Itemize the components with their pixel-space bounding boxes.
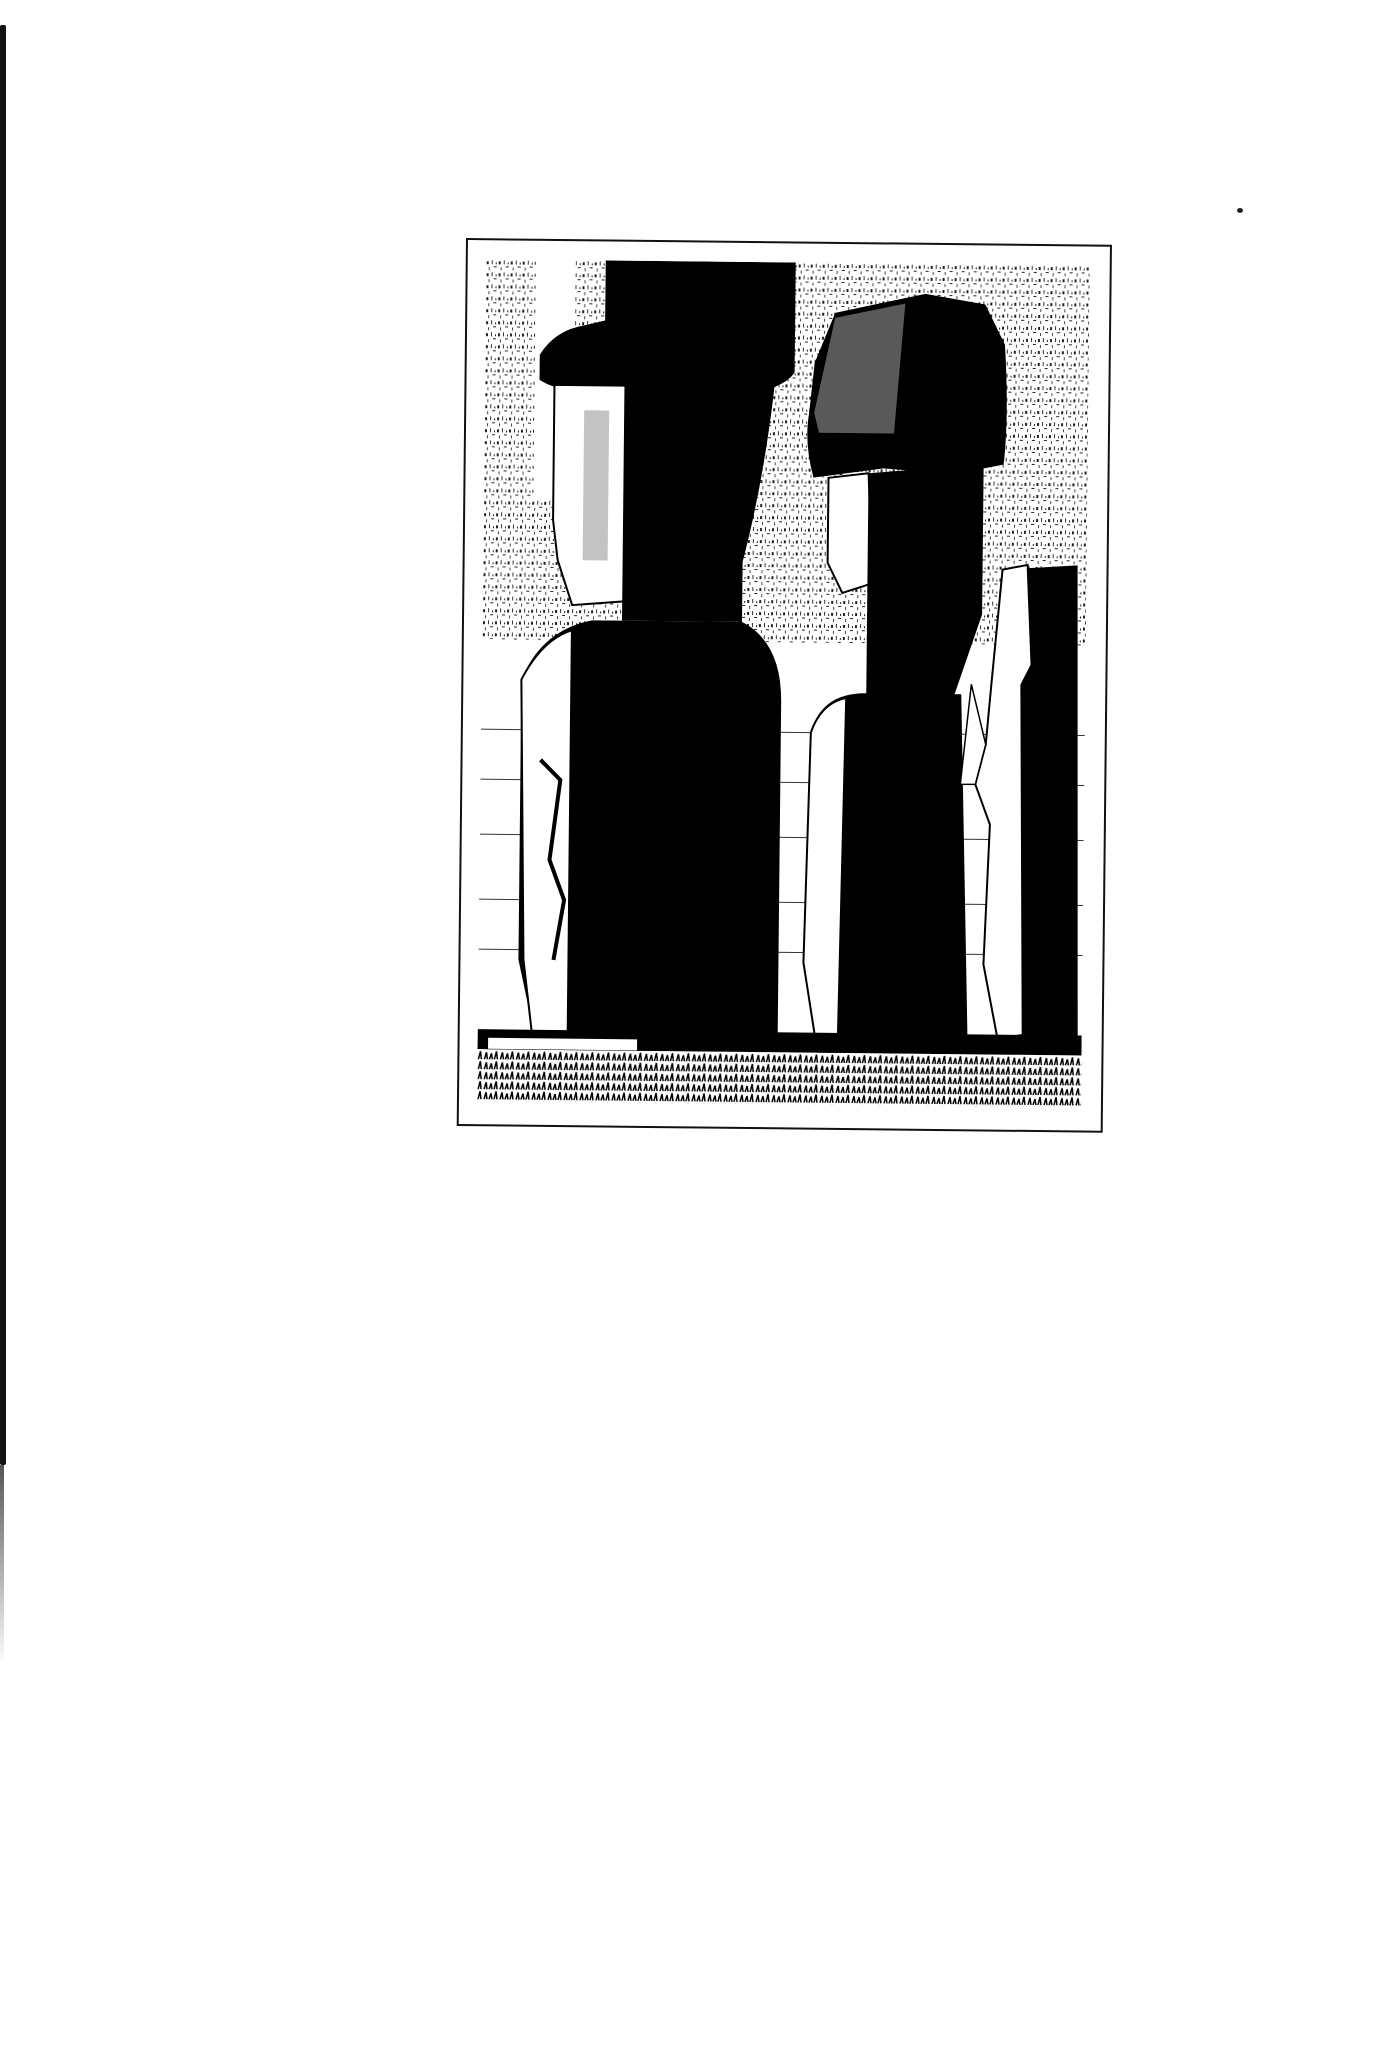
scan-speck: [1237, 208, 1243, 213]
scan-binding-edge-fade: [0, 1465, 4, 1665]
moai-photograph: [477, 259, 1090, 1107]
photo-frame: [457, 238, 1112, 1133]
scan-binding-edge: [0, 25, 6, 1465]
